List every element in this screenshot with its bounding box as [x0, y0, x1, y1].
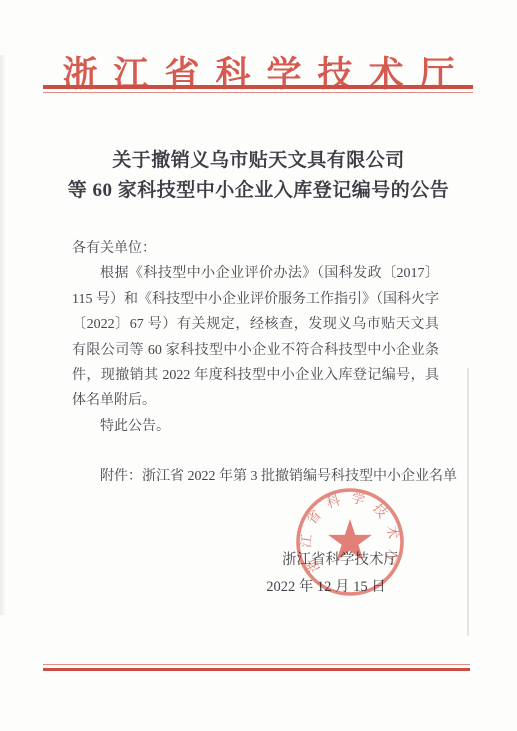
- closing-line: 特此公告。: [72, 414, 439, 439]
- letterhead-rule-thick: [43, 85, 473, 89]
- document-page: 浙江省科学技术厅 关于撤销义乌市贴天文具有限公司 等 60 家科技型中小企业入库…: [0, 0, 517, 731]
- footer-rule-thin: [43, 664, 470, 665]
- letterhead-rule-thin: [43, 92, 473, 93]
- official-seal: 浙江省科学技术厅: [288, 480, 412, 604]
- footer-rule-thick: [43, 668, 470, 671]
- scan-artifact: [0, 55, 6, 615]
- footer-rule: [43, 664, 470, 671]
- scan-artifact: [467, 368, 469, 636]
- document-title: 关于撤销义乌市贴天文具有限公司 等 60 家科技型中小企业入库登记编号的公告: [20, 146, 497, 206]
- letterhead-rule: [43, 85, 473, 93]
- seal-star-icon: [328, 519, 372, 561]
- body-paragraph: 根据《科技型中小企业评价办法》（国科发政〔2017〕115 号）和《科技型中小企…: [72, 261, 439, 413]
- document-body: 各有关单位： 根据《科技型中小企业评价办法》（国科发政〔2017〕115 号）和…: [72, 236, 439, 439]
- document-title-line2: 等 60 家科技型中小企业入库登记编号的公告: [20, 176, 497, 206]
- document-title-line1: 关于撤销义乌市贴天文具有限公司: [20, 146, 497, 176]
- salutation: 各有关单位：: [72, 236, 439, 261]
